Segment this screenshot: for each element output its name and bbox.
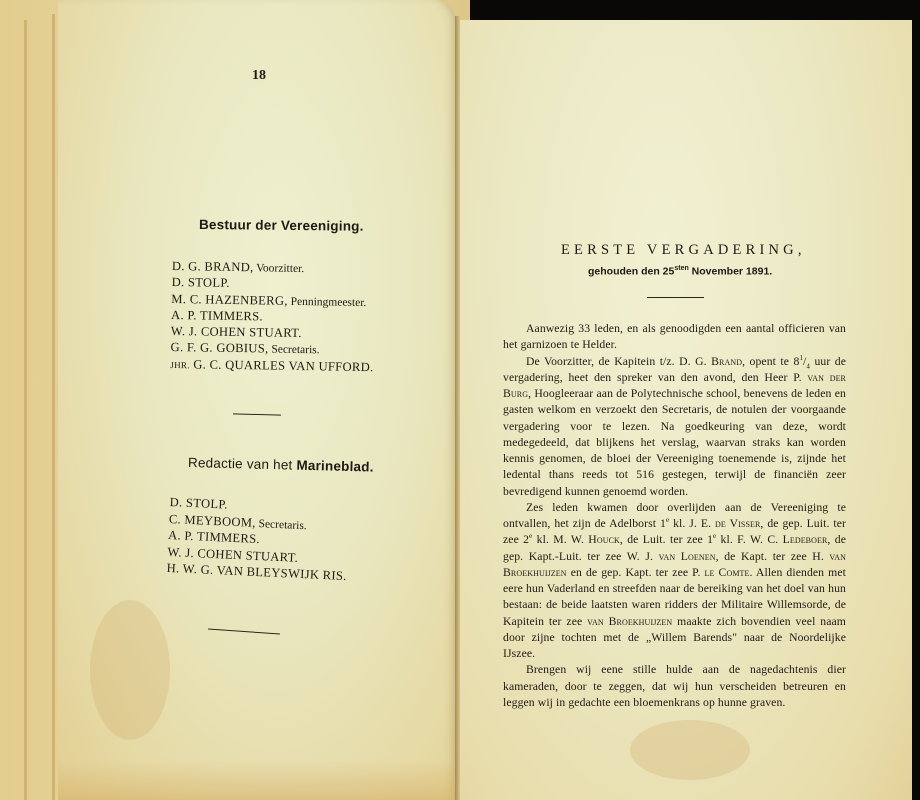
member-role: Secretaris. — [255, 518, 307, 532]
text-segment: Brengen wij eene stille hulde aan de nag… — [503, 663, 846, 709]
title-plain: Redactie van het — [188, 455, 297, 473]
body-paragraph: Brengen wij eene stille hulde aan de nag… — [503, 662, 846, 711]
member-title-prefix: JHR. — [170, 360, 190, 370]
section-title-bestuur: Bestuur der Vereeniging. — [199, 217, 364, 234]
member-role: Penningmeester. — [288, 295, 367, 308]
member-role: Voorzitter. — [253, 262, 304, 275]
name-small-caps: Ledeboer — [783, 533, 828, 546]
redactie-member-list: D. STOLP.C. MEYBOOM, Secretaris.A. P. TI… — [166, 495, 350, 586]
scan-border — [912, 20, 920, 800]
name-small-caps: van Loenen — [659, 550, 716, 563]
date-suffix: November 1891. — [689, 266, 772, 278]
member-name: D. STOLP. — [169, 495, 228, 512]
name-small-caps: Houck — [588, 533, 620, 546]
paper-stain — [90, 600, 170, 740]
meeting-date: gehouden den 25sten November 1891. — [588, 265, 772, 278]
paper-stain — [630, 720, 750, 780]
page-number: 18 — [252, 68, 266, 84]
bestuur-member-list: D. G. BRAND, Voorzitter.D. STOLP.M. C. H… — [170, 259, 375, 376]
member-role: Secretaris. — [268, 344, 319, 357]
body-paragraph: Zes leden kwamen door overlijden aan de … — [503, 500, 846, 663]
page-stain — [58, 760, 456, 800]
date-superscript: sten — [674, 265, 688, 272]
member-name: M. C. HAZENBERG, — [171, 292, 288, 308]
text-segment: kl. J. E. — [669, 517, 715, 530]
meeting-minutes-body: Aanwezig 33 leden, en als genoodigden ee… — [503, 321, 846, 711]
text-segment: en de gep. Kapt. ter zee P. — [567, 566, 705, 579]
text-segment: kl. F. W. C. — [716, 533, 782, 546]
member-entry: JHR. G. C. QUARLES VAN UFFORD. — [170, 357, 373, 376]
member-name: G. F. G. GOBIUS, — [171, 340, 269, 356]
title-divider — [647, 297, 704, 298]
member-name: A. P. TIMMERS. — [168, 528, 260, 546]
body-paragraph: De Voorzitter, de Kapitein t/z. D. G. Br… — [503, 354, 846, 500]
text-segment: , de Luit. ter zee 1 — [620, 533, 713, 546]
date-prefix: gehouden den 25 — [588, 266, 674, 278]
text-segment: kl. M. W. — [532, 533, 588, 546]
name-small-caps: van Broekhuijzen — [587, 615, 672, 628]
name-small-caps: le Comte — [705, 566, 750, 579]
text-segment: , Hoogleeraar aan de Polytechnische scho… — [503, 387, 846, 498]
member-name: C. MEYBOOM, — [169, 512, 256, 530]
text-segment: , de Kapt. ter zee H. — [716, 550, 830, 563]
name-small-caps: de Visser — [715, 517, 760, 530]
text-segment: , opent te 8 — [742, 355, 799, 368]
name-small-caps: Brand — [711, 355, 742, 368]
member-name: G. C. QUARLES VAN UFFORD. — [190, 357, 374, 374]
member-name: D. G. BRAND, — [172, 259, 254, 274]
page-edge — [24, 20, 27, 800]
member-name: W. J. COHEN STUART. — [171, 324, 302, 340]
text-segment: De Voorzitter, de Kapitein t/z. D. G. — [526, 355, 711, 368]
title-bold: Marineblad. — [296, 458, 374, 475]
meeting-title: EERSTE VERGADERING, — [561, 242, 806, 259]
member-name: A. P. TIMMERS. — [171, 308, 263, 323]
page-edge — [52, 14, 55, 800]
member-name: D. STOLP. — [172, 275, 230, 290]
body-paragraph: Aanwezig 33 leden, en als genoodigden ee… — [503, 321, 846, 354]
text-segment: Aanwezig 33 leden, en als genoodigden ee… — [503, 322, 846, 351]
